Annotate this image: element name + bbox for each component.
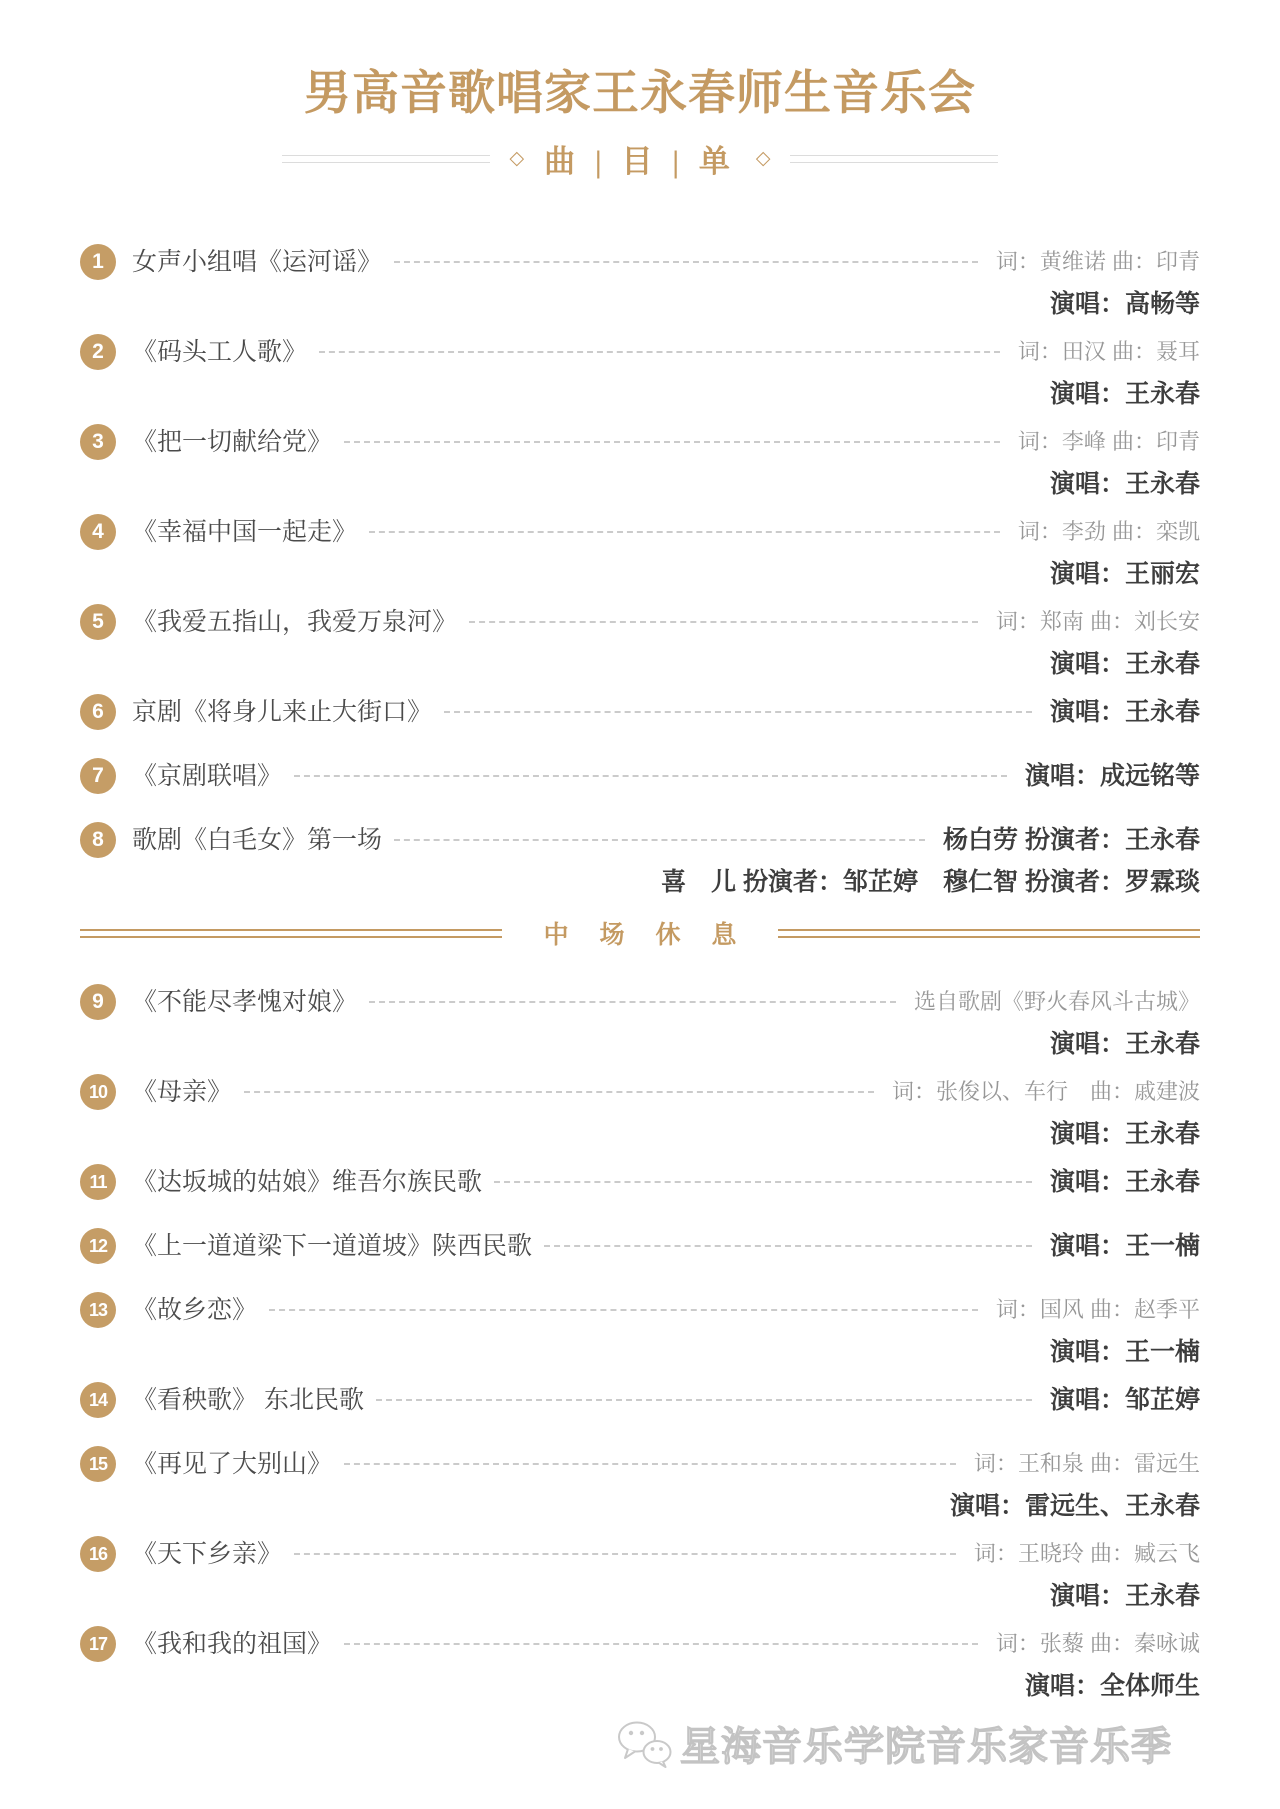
- program-item-row: 15 《再见了大别山》 词：王和泉 曲：雷远生: [80, 1445, 1200, 1483]
- credit-text: 演唱：王永春: [1050, 693, 1200, 731]
- song-title: 《京剧联唱》: [132, 757, 282, 795]
- diamond-icon: ◇: [510, 149, 525, 168]
- dotted-leader: [344, 441, 1000, 443]
- program-item: 10 《母亲》 词：张俊以、车行 曲：戚建波 演唱：王永春: [80, 1073, 1200, 1153]
- program-item-row: 5 《我爱五指山，我爱万泉河》 词：郑南 曲：刘长安: [80, 603, 1200, 641]
- intermission-divider: 中 场 休 息: [80, 915, 1200, 951]
- program-item-row: 10 《母亲》 词：张俊以、车行 曲：戚建波: [80, 1073, 1200, 1111]
- program-item: 2 《码头工人歌》 词：田汉 曲：聂耳 演唱：王永春: [80, 333, 1200, 413]
- program-item: 6 京剧《将身儿来止大街口》 演唱：王永春: [80, 693, 1200, 731]
- dotted-leader: [294, 775, 1007, 777]
- program-item: 5 《我爱五指山，我爱万泉河》 词：郑南 曲：刘长安 演唱：王永春: [80, 603, 1200, 683]
- credit-text: 演唱：王一楠: [1050, 1227, 1200, 1265]
- item-number-badge: 6: [80, 694, 116, 730]
- dotted-leader: [344, 1463, 956, 1465]
- program-item: 8 歌剧《白毛女》第一场 杨白劳 扮演者：王永春 喜 儿 扮演者：邹芷婷 穆仁智…: [80, 821, 1200, 901]
- program-item: 13 《故乡恋》 词：国风 曲：赵季平 演唱：王一楠: [80, 1291, 1200, 1371]
- dotted-leader: [269, 1309, 978, 1311]
- song-title: 《看秧歌》 东北民歌: [132, 1381, 364, 1419]
- credit-text: 词：李劲 曲：栾凯: [1018, 513, 1200, 551]
- item-number-badge: 7: [80, 758, 116, 794]
- program-item-row: 3 《把一切献给党》 词：李峰 曲：印青: [80, 423, 1200, 461]
- dotted-leader: [544, 1245, 1032, 1247]
- performer-line: 喜 儿 扮演者：邹芷婷 穆仁智 扮演者：罗霖琰: [80, 863, 1200, 901]
- program-item: 12 《上一道道梁下一道道坡》陕西民歌 演唱：王一楠: [80, 1227, 1200, 1265]
- program-part-1: 1 女声小组唱《运河谣》 词：黄维诺 曲：印青 演唱：高畅等 2 《码头工人歌》…: [80, 243, 1200, 901]
- performer-line: 演唱：王永春: [80, 645, 1200, 683]
- performer-line: 演唱：王永春: [80, 1115, 1200, 1153]
- program-item-row: 9 《不能尽孝愧对娘》 选自歌剧《野火春风斗古城》: [80, 983, 1200, 1021]
- song-title: 《不能尽孝愧对娘》: [132, 983, 357, 1021]
- intermission-line-left: [80, 929, 502, 938]
- performer-line: 演唱：王永春: [80, 1025, 1200, 1063]
- performer-line: 演唱：王丽宏: [80, 555, 1200, 593]
- item-number-badge: 10: [80, 1074, 116, 1110]
- program-item-row: 17 《我和我的祖国》 词：张藜 曲：秦咏诚: [80, 1625, 1200, 1663]
- program-item-row: 12 《上一道道梁下一道道坡》陕西民歌 演唱：王一楠: [80, 1227, 1200, 1265]
- dotted-leader: [319, 351, 1000, 353]
- song-title: 《把一切献给党》: [132, 423, 332, 461]
- credit-text: 演唱：邹芷婷: [1050, 1381, 1200, 1419]
- intermission-label: 中 场 休 息: [532, 915, 749, 951]
- program-item-row: 2 《码头工人歌》 词：田汉 曲：聂耳: [80, 333, 1200, 371]
- intermission-line-right: [778, 929, 1200, 938]
- program-item: 4 《幸福中国一起走》 词：李劲 曲：栾凯 演唱：王丽宏: [80, 513, 1200, 593]
- performer-line: 演唱：王永春: [80, 465, 1200, 503]
- song-title: 《天下乡亲》: [132, 1535, 282, 1573]
- credit-text: 词：郑南 曲：刘长安: [996, 603, 1200, 641]
- song-title: 《幸福中国一起走》: [132, 513, 357, 551]
- dotted-leader: [469, 621, 978, 623]
- item-number-badge: 9: [80, 984, 116, 1020]
- program-item: 3 《把一切献给党》 词：李峰 曲：印青 演唱：王永春: [80, 423, 1200, 503]
- subtitle-line-left: [282, 155, 490, 163]
- credit-text: 词：张藜 曲：秦咏诚: [996, 1625, 1200, 1663]
- item-number-badge: 14: [80, 1382, 116, 1418]
- credit-text: 词：张俊以、车行 曲：戚建波: [892, 1073, 1200, 1111]
- song-title: 《再见了大别山》: [132, 1445, 332, 1483]
- performer-line: 演唱：高畅等: [80, 285, 1200, 323]
- concert-program-page: 男高音歌唱家王永春师生音乐会 ◇ 曲 | 目 | 单 ◇ 1 女声小组唱《运河谣…: [0, 0, 1280, 1809]
- program-item-row: 16 《天下乡亲》 词：王晓玲 曲：臧云飞: [80, 1535, 1200, 1573]
- wechat-icon: [616, 1720, 672, 1768]
- credit-text: 选自歌剧《野火春风斗古城》: [914, 983, 1200, 1021]
- song-title: 《母亲》: [132, 1073, 232, 1111]
- program-item-row: 13 《故乡恋》 词：国风 曲：赵季平: [80, 1291, 1200, 1329]
- dotted-leader: [444, 711, 1032, 713]
- program-item: 14 《看秧歌》 东北民歌 演唱：邹芷婷: [80, 1381, 1200, 1419]
- item-number-badge: 13: [80, 1292, 116, 1328]
- program-item-row: 6 京剧《将身儿来止大街口》 演唱：王永春: [80, 693, 1200, 731]
- item-number-badge: 11: [80, 1164, 116, 1200]
- credit-text: 演唱：王永春: [1050, 1163, 1200, 1201]
- credit-text: 杨白劳 扮演者：王永春: [943, 821, 1200, 859]
- item-number-badge: 2: [80, 334, 116, 370]
- diamond-icon: ◇: [756, 149, 771, 168]
- credit-text: 词：国风 曲：赵季平: [996, 1291, 1200, 1329]
- item-number-badge: 1: [80, 244, 116, 280]
- performer-line: 演唱：雷远生、王永春: [80, 1487, 1200, 1525]
- program-part-2: 9 《不能尽孝愧对娘》 选自歌剧《野火春风斗古城》 演唱：王永春 10 《母亲》…: [80, 983, 1200, 1705]
- item-number-badge: 3: [80, 424, 116, 460]
- program-item-row: 14 《看秧歌》 东北民歌 演唱：邹芷婷: [80, 1381, 1200, 1419]
- program-item: 15 《再见了大别山》 词：王和泉 曲：雷远生 演唱：雷远生、王永春: [80, 1445, 1200, 1525]
- credit-text: 演唱：成远铭等: [1025, 757, 1200, 795]
- song-title: 《上一道道梁下一道道坡》陕西民歌: [132, 1227, 532, 1265]
- item-number-badge: 12: [80, 1228, 116, 1264]
- item-number-badge: 5: [80, 604, 116, 640]
- credit-text: 词：黄维诺 曲：印青: [996, 243, 1200, 281]
- credit-text: 词：田汉 曲：聂耳: [1018, 333, 1200, 371]
- program-header: 男高音歌唱家王永春师生音乐会 ◇ 曲 | 目 | 单 ◇: [80, 66, 1200, 181]
- song-title: 《码头工人歌》: [132, 333, 307, 371]
- program-item-row: 7 《京剧联唱》 演唱：成远铭等: [80, 757, 1200, 795]
- dotted-leader: [244, 1091, 874, 1093]
- performer-line: 演唱：王永春: [80, 1577, 1200, 1615]
- program-item: 17 《我和我的祖国》 词：张藜 曲：秦咏诚 演唱：全体师生: [80, 1625, 1200, 1705]
- subtitle: ◇ 曲 | 目 | 单 ◇: [80, 136, 1200, 181]
- item-number-badge: 4: [80, 514, 116, 550]
- subtitle-label: 曲 | 目 | 单: [544, 136, 736, 181]
- song-title: 《故乡恋》: [132, 1291, 257, 1329]
- credit-text: 词：王晓玲 曲：臧云飞: [974, 1535, 1200, 1573]
- performer-line: 演唱：全体师生: [80, 1667, 1200, 1705]
- credit-text: 词：李峰 曲：印青: [1018, 423, 1200, 461]
- page-title: 男高音歌唱家王永春师生音乐会: [80, 66, 1200, 120]
- program-list: 1 女声小组唱《运河谣》 词：黄维诺 曲：印青 演唱：高畅等 2 《码头工人歌》…: [80, 243, 1200, 1772]
- dotted-leader: [369, 531, 1000, 533]
- song-title: 京剧《将身儿来止大街口》: [132, 693, 432, 731]
- program-item: 16 《天下乡亲》 词：王晓玲 曲：臧云飞 演唱：王永春: [80, 1535, 1200, 1615]
- program-item: 11 《达坂城的姑娘》维吾尔族民歌 演唱：王永春: [80, 1163, 1200, 1201]
- watermark: 星海音乐学院音乐家音乐季: [80, 1715, 1172, 1772]
- dotted-leader: [394, 261, 978, 263]
- program-item-row: 11 《达坂城的姑娘》维吾尔族民歌 演唱：王永春: [80, 1163, 1200, 1201]
- program-item: 7 《京剧联唱》 演唱：成远铭等: [80, 757, 1200, 795]
- performer-line: 演唱：王一楠: [80, 1333, 1200, 1371]
- dotted-leader: [376, 1399, 1032, 1401]
- watermark-text: 星海音乐学院音乐家音乐季: [680, 1715, 1172, 1772]
- performer-line: 演唱：王永春: [80, 375, 1200, 413]
- song-title: 歌剧《白毛女》第一场: [132, 821, 382, 859]
- subtitle-line-right: [790, 155, 998, 163]
- song-title: 《我和我的祖国》: [132, 1625, 332, 1663]
- item-number-badge: 17: [80, 1626, 116, 1662]
- dotted-leader: [394, 839, 925, 841]
- song-title: 《达坂城的姑娘》维吾尔族民歌: [132, 1163, 482, 1201]
- song-title: 女声小组唱《运河谣》: [132, 243, 382, 281]
- item-number-badge: 16: [80, 1536, 116, 1572]
- program-item-row: 8 歌剧《白毛女》第一场 杨白劳 扮演者：王永春: [80, 821, 1200, 859]
- dotted-leader: [344, 1643, 978, 1645]
- program-item-row: 4 《幸福中国一起走》 词：李劲 曲：栾凯: [80, 513, 1200, 551]
- dotted-leader: [494, 1181, 1032, 1183]
- item-number-badge: 15: [80, 1446, 116, 1482]
- credit-text: 词：王和泉 曲：雷远生: [974, 1445, 1200, 1483]
- program-item-row: 1 女声小组唱《运河谣》 词：黄维诺 曲：印青: [80, 243, 1200, 281]
- dotted-leader: [369, 1001, 896, 1003]
- song-title: 《我爱五指山，我爱万泉河》: [132, 603, 457, 641]
- program-item: 1 女声小组唱《运河谣》 词：黄维诺 曲：印青 演唱：高畅等: [80, 243, 1200, 323]
- program-item: 9 《不能尽孝愧对娘》 选自歌剧《野火春风斗古城》 演唱：王永春: [80, 983, 1200, 1063]
- dotted-leader: [294, 1553, 956, 1555]
- item-number-badge: 8: [80, 822, 116, 858]
